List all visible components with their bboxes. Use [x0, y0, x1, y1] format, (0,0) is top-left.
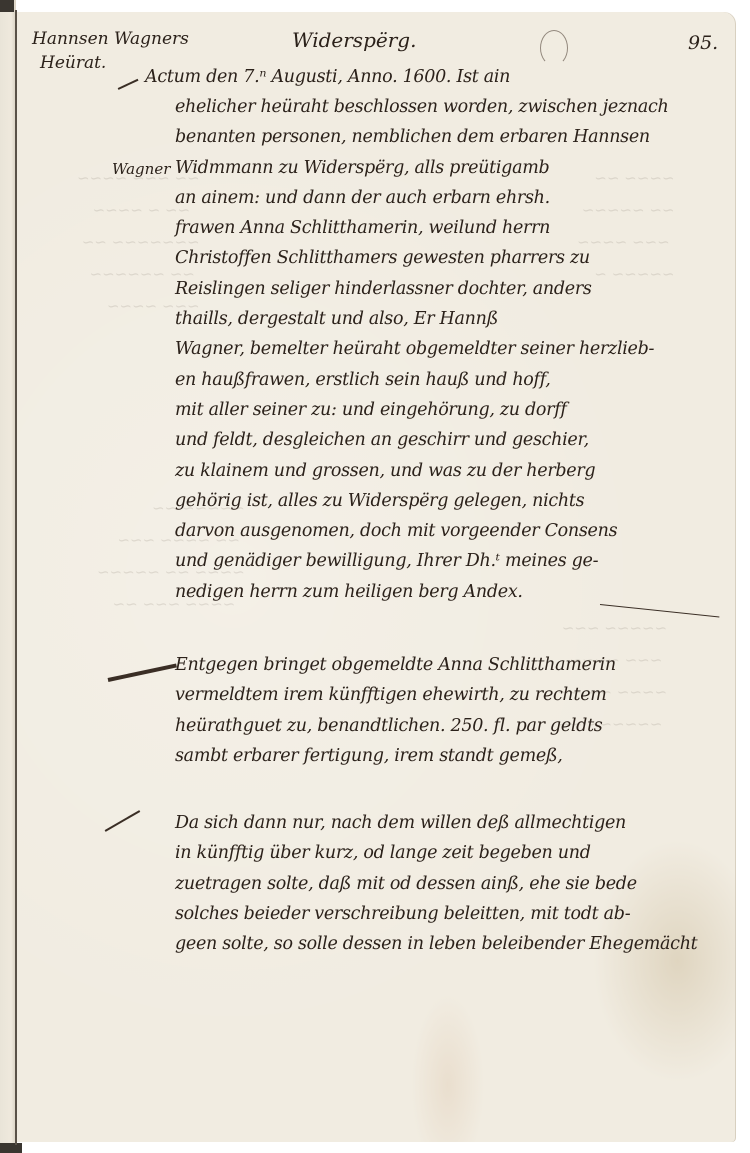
paragraph-actum: Actum den 7.ⁿ Augusti, Anno. 1600. Ist a… [145, 62, 690, 92]
paragraph-actum-body: ehelicher heüraht beschlossen worden, zw… [175, 92, 720, 607]
text-line: Entgegen bringet obgemeldte Anna Schlitt… [175, 650, 720, 680]
text-line: en haußfrawen, erstlich sein hauß und ho… [175, 365, 720, 395]
ink-loop-mark [540, 30, 568, 66]
text-line: thaills, dergestalt und also, Er Hannß [175, 304, 720, 334]
text-line: geen solte, so solle dessen in leben bel… [175, 929, 720, 959]
margin-note-name: Hannsen Wagners [32, 28, 189, 50]
text-line: mit aller seiner zu: und eingehörung, zu… [175, 395, 720, 425]
text-line: nedigen herrn zum heiligen berg Andex. [175, 577, 720, 607]
text-line: und genädiger bewilligung, Ihrer Dh.ᵗ me… [175, 546, 720, 576]
text-line: sambt erbarer fertigung, irem standt gem… [175, 741, 720, 771]
paragraph-entgegen: Entgegen bringet obgemeldte Anna Schlitt… [175, 650, 720, 771]
text-line: gehörig ist, alles zu Widerspërg gelegen… [175, 486, 720, 516]
margin-insert-wagner: Wagner [112, 160, 170, 178]
manuscript-scan: ~~ ~~~ ~~~~ ~~ ~ ~~~~ ~~~~~~~ ~~ ~~ ~~~~… [0, 0, 750, 1153]
paragraph-da: Da sich dann nur, nach dem willen deß al… [175, 808, 720, 959]
text-line: heürathguet zu, benandtlichen. 250. fl. … [175, 711, 720, 741]
text-line: zu klainem und grossen, und was zu der h… [175, 456, 720, 486]
binding-cover-top [0, 0, 14, 12]
text-line: Wagner, bemelter heüraht obgemeldter sei… [175, 334, 720, 364]
folio-number: 95. [688, 32, 718, 54]
text-line: benanten personen, nemblichen dem erbare… [175, 122, 720, 152]
text-line: Reislingen seliger hinderlassner dochter… [175, 274, 720, 304]
text-line: darvon ausgenomen, doch mit vorgeender C… [175, 516, 720, 546]
text-line: Actum den 7.ⁿ Augusti, Anno. 1600. Ist a… [145, 62, 690, 92]
text-line: ehelicher heüraht beschlossen worden, zw… [175, 92, 720, 122]
text-line: Da sich dann nur, nach dem willen deß al… [175, 808, 720, 838]
page-heading: Widerspërg. [292, 28, 416, 52]
margin-note-title: Heürat. [40, 52, 106, 74]
text-line: Widmmann zu Widerspërg, alls preütigamb [175, 153, 720, 183]
text-line: Christoffen Schlitthamers gewesten pharr… [175, 243, 720, 273]
text-line: in künfftig über kurz, od lange zeit beg… [175, 838, 720, 868]
text-line: zuetragen solte, daß mit od dessen ainß,… [175, 869, 720, 899]
text-line: an ainem: und dann der auch erbarn ehrsh… [175, 183, 720, 213]
text-line: und feldt, desgleichen an geschirr und g… [175, 425, 720, 455]
text-line: vermeldtem irem künfftigen ehewirth, zu … [175, 680, 720, 710]
binding-cover-bottom [0, 1143, 22, 1153]
text-line: frawen Anna Schlitthamerin, weilund herr… [175, 213, 720, 243]
text-line: solches beieder verschreibung beleitten,… [175, 899, 720, 929]
book-binding [0, 0, 16, 1153]
